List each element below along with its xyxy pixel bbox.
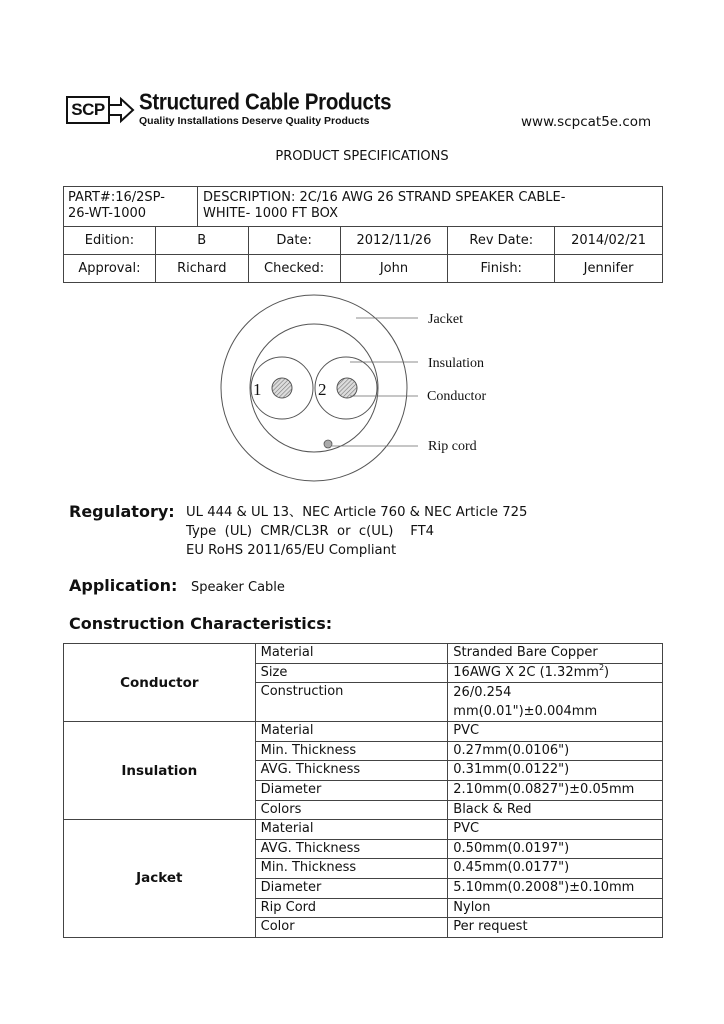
document-title: PRODUCT SPECIFICATIONS — [0, 149, 724, 164]
company-name: Structured Cable Products — [139, 91, 391, 114]
construction-table: Conductor Material Stranded Bare Copper … — [63, 643, 663, 938]
date-value: 2012/11/26 — [340, 227, 448, 255]
property-cell: Material — [255, 722, 448, 742]
rev-date-value: 2014/02/21 — [555, 227, 663, 255]
description-line1: DESCRIPTION: 2C/16 AWG 26 STRAND SPEAKER… — [203, 190, 662, 206]
value-cell: 26/0.254 mm(0.01")±0.004mm — [448, 683, 663, 722]
description-line2: WHITE- 1000 FT BOX — [203, 206, 662, 222]
checked-value: John — [340, 255, 448, 283]
approval-row: Approval: Richard Checked: John Finish: … — [64, 255, 663, 283]
property-cell: Min. Thickness — [255, 859, 448, 879]
conductor-number-2: 2 — [318, 380, 327, 399]
property-cell: Material — [255, 644, 448, 664]
value-cell: Per request — [448, 918, 663, 938]
edition-label: Edition: — [64, 227, 156, 255]
value-cell: 16AWG X 2C (1.32mm2) — [448, 663, 663, 683]
regulatory-list: UL 444 & UL 13、NEC Article 760 & NEC Art… — [186, 503, 527, 560]
value-cell: 0.31mm(0.0122") — [448, 761, 663, 781]
property-cell: Color — [255, 918, 448, 938]
jacket-label: Jacket — [428, 312, 463, 327]
cable-cross-section-diagram: 1 2 Jacket Insulation Conductor Rip cord — [210, 292, 510, 492]
company-tagline: Quality Installations Deserve Quality Pr… — [139, 116, 391, 127]
property-cell: AVG. Thickness — [255, 761, 448, 781]
application-heading: Application: — [69, 576, 177, 595]
part-number-line2: 26-WT-1000 — [68, 206, 197, 222]
property-cell: Rip Cord — [255, 898, 448, 918]
date-label: Date: — [248, 227, 340, 255]
conductor-2 — [337, 378, 357, 398]
part-number-cell: PART#:16/2SP-26-WT-1000 — [64, 187, 198, 226]
regulatory-line: Type (UL) CMR/CL3R or c(UL) FT4 — [186, 522, 527, 541]
company-logo: SCP Structured Cable Products Quality In… — [66, 92, 391, 128]
property-cell: Material — [255, 820, 448, 840]
property-cell: Size — [255, 663, 448, 683]
rip-cord — [324, 440, 332, 448]
conductor-1 — [272, 378, 292, 398]
product-info-table: PART#:16/2SP-26-WT-1000DESCRIPTION: 2C/1… — [63, 186, 663, 283]
construction-heading: Construction Characteristics: — [69, 614, 332, 633]
jacket-outline — [221, 295, 407, 481]
approval-value: Richard — [155, 255, 248, 283]
part-description-row: PART#:16/2SP-26-WT-1000DESCRIPTION: 2C/1… — [64, 187, 663, 227]
value-cell: 0.45mm(0.0177") — [448, 859, 663, 879]
finish-label: Finish: — [448, 255, 555, 283]
property-cell: Construction — [255, 683, 448, 722]
value-cell: 0.27mm(0.0106") — [448, 741, 663, 761]
logo-abbreviation: SCP — [66, 96, 110, 124]
regulatory-line: UL 444 & UL 13、NEC Article 760 & NEC Art… — [186, 503, 527, 522]
conductor-number-1: 1 — [253, 380, 262, 399]
property-cell: Diameter — [255, 780, 448, 800]
table-row: Insulation Material PVC — [64, 722, 663, 742]
insulation-label: Insulation — [428, 356, 484, 371]
part-number-line1: PART#:16/2SP- — [68, 190, 197, 206]
value-cell: 5.10mm(0.2008")±0.10mm — [448, 878, 663, 898]
application-value: Speaker Cable — [191, 578, 285, 597]
logo-arrow-icon — [109, 96, 135, 124]
regulatory-line: EU RoHS 2011/65/EU Compliant — [186, 541, 527, 560]
approval-label: Approval: — [64, 255, 156, 283]
group-jacket: Jacket — [64, 820, 256, 938]
jacket-inner-outline — [250, 324, 378, 452]
edition-value: B — [155, 227, 248, 255]
value-cell: Stranded Bare Copper — [448, 644, 663, 664]
property-cell: Diameter — [255, 878, 448, 898]
group-insulation: Insulation — [64, 722, 256, 820]
property-cell: AVG. Thickness — [255, 839, 448, 859]
group-conductor: Conductor — [64, 644, 256, 722]
edition-row: Edition: B Date: 2012/11/26 Rev Date: 20… — [64, 227, 663, 255]
table-row: Conductor Material Stranded Bare Copper — [64, 644, 663, 664]
value-cell: PVC — [448, 820, 663, 840]
value-cell: 0.50mm(0.0197") — [448, 839, 663, 859]
property-cell: Colors — [255, 800, 448, 820]
value-cell: Nylon — [448, 898, 663, 918]
conductor-label: Conductor — [427, 389, 486, 404]
rip-cord-label: Rip cord — [428, 439, 477, 454]
value-cell: Black & Red — [448, 800, 663, 820]
property-cell: Min. Thickness — [255, 741, 448, 761]
table-row: Jacket Material PVC — [64, 820, 663, 840]
rev-date-label: Rev Date: — [448, 227, 555, 255]
description-cell: DESCRIPTION: 2C/16 AWG 26 STRAND SPEAKER… — [198, 187, 662, 226]
website-url: www.scpcat5e.com — [521, 114, 651, 130]
regulatory-heading: Regulatory: — [69, 502, 175, 521]
value-cell: PVC — [448, 722, 663, 742]
value-cell: 2.10mm(0.0827")±0.05mm — [448, 780, 663, 800]
checked-label: Checked: — [248, 255, 340, 283]
finish-value: Jennifer — [555, 255, 663, 283]
